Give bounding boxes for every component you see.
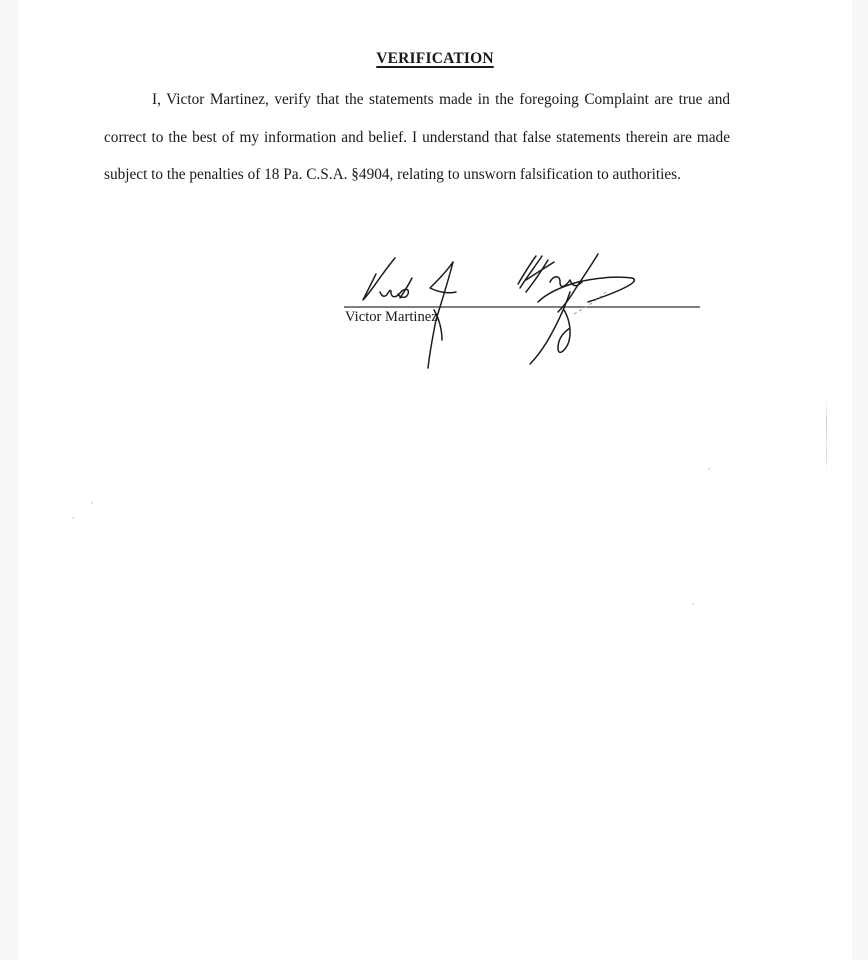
scan-speck: [72, 517, 74, 519]
scan-speck: [708, 468, 710, 470]
scan-speck: [692, 603, 694, 605]
document-title: VERIFICATION: [18, 50, 852, 68]
signature-block: Victor Martinez: [338, 240, 718, 380]
title-text: VERIFICATION: [376, 50, 494, 67]
scan-edge-mark: [826, 400, 827, 470]
document-page: VERIFICATION I, Victor Martinez, verify …: [18, 0, 852, 960]
signer-name: Victor Martinez: [345, 309, 438, 326]
scan-speck: [91, 502, 93, 504]
verification-paragraph: I, Victor Martinez, verify that the stat…: [104, 81, 730, 194]
